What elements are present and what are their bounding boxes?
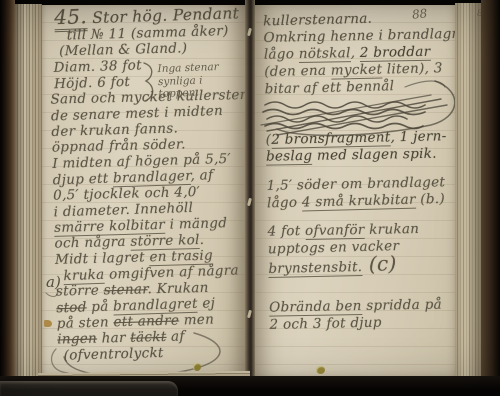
handwriting-segment: kullerstenarna. bbox=[263, 11, 372, 30]
handwriting-segment: i mängd bbox=[165, 215, 228, 233]
stitch-thread bbox=[247, 310, 252, 318]
handwriting-segment: (b.) bbox=[416, 191, 446, 208]
handwriting-segment: med slagen spik. bbox=[312, 146, 437, 164]
handwriting-segment: på sten bbox=[57, 314, 114, 332]
stitch-thread bbox=[247, 28, 252, 36]
handwriting-segment: Obrända ben bbox=[269, 298, 362, 317]
right-page-handwriting: kullerstenarna.Omkring henne i brandlagr… bbox=[263, 9, 460, 334]
margin-annotation-a: a) bbox=[46, 273, 61, 291]
handwriting-segment: 2 broddar bbox=[360, 44, 431, 62]
handwriting-segment: har bbox=[97, 330, 131, 347]
left-page-edges bbox=[15, 4, 42, 384]
handwriting-segment: , 1 jern- bbox=[390, 128, 446, 145]
handwriting-segment: brandlagret bbox=[113, 296, 198, 316]
handwriting-segment: (Mellan & Gland.) bbox=[59, 40, 188, 59]
foxing-spot bbox=[316, 366, 325, 374]
handwriting-segment: , af bbox=[190, 167, 213, 184]
notebook-photo: 45. Stor hög. Pendanttill № 11 (samma åk… bbox=[0, 0, 500, 396]
handwriting-segment: (den ena bbox=[264, 63, 331, 80]
handwriting-segment: stod bbox=[56, 299, 87, 316]
handwriting-segment: spridda på bbox=[362, 297, 443, 314]
handwriting-line: lågo 4 små krukbitar (b.) bbox=[267, 191, 457, 213]
foxing-spot bbox=[193, 363, 201, 371]
handwriting-segment: (ofventrolyckt bbox=[63, 345, 163, 364]
handwriting-segment: stenar bbox=[103, 281, 147, 298]
handwriting-line: lågo nötskal, 2 broddar bbox=[264, 43, 454, 63]
handwriting-segment: . bbox=[199, 232, 204, 248]
handwriting-segment: ( bbox=[265, 132, 271, 148]
measure-note-line: Inga stenar bbox=[157, 61, 218, 76]
handwriting-segment: nötskal bbox=[299, 45, 351, 63]
handwriting-segment: lågo bbox=[267, 194, 302, 211]
handwriting-segment: beslag bbox=[266, 148, 313, 166]
handwriting-segment: 2 och 3 fot djup bbox=[269, 315, 382, 333]
binding-gutter bbox=[245, 0, 255, 396]
handwriting-segment: ej bbox=[197, 295, 215, 312]
handwriting-line: beslag med slagen spik. bbox=[266, 145, 456, 165]
handwriting-segment: på bbox=[86, 298, 113, 315]
handwriting-segment: större bbox=[56, 282, 104, 299]
handwriting-segment: öppnad från söder. bbox=[52, 136, 186, 155]
right-page-edges bbox=[455, 3, 481, 388]
handwriting-segment: af bbox=[166, 328, 185, 344]
measure-side-note: Inga stenar synliga i toppen. bbox=[157, 61, 219, 101]
handwriting-segment: 45. bbox=[54, 4, 88, 32]
handwriting-segment: mycket bbox=[331, 62, 383, 80]
left-page-handwriting: 45. Stor hög. Pendanttill № 11 (samma åk… bbox=[48, 4, 253, 364]
handwriting-segment: ofvanför bbox=[305, 222, 365, 240]
handwriting-segment: brynstensbit. bbox=[268, 259, 362, 278]
measure-note-line: toppen. bbox=[158, 86, 219, 101]
left-page: 45. Stor hög. Pendanttill № 11 (samma åk… bbox=[42, 5, 245, 376]
handwriting-segment: , bbox=[350, 45, 359, 61]
handwriting-segment: 4 små krukbitar bbox=[302, 192, 416, 212]
right-page: 88 kullerstenarna.Omkring henne i brandl… bbox=[255, 5, 455, 376]
handwriting-segment: större kol bbox=[130, 232, 200, 251]
stitch-thread bbox=[247, 198, 252, 206]
cover-corner bbox=[0, 381, 178, 396]
handwriting-line: Obrända ben spridda på bbox=[269, 296, 459, 316]
foxing-spot bbox=[44, 320, 52, 327]
handwriting-segment: upptogs en vacker bbox=[268, 238, 400, 257]
handwriting-segment bbox=[265, 115, 270, 131]
handwriting-segment: och några bbox=[54, 234, 130, 252]
handwriting-segment: täckt bbox=[130, 329, 167, 346]
handwriting-segment: ingen bbox=[57, 331, 97, 348]
handwriting-segment: liten), 3 bbox=[382, 60, 443, 77]
back-cover-edge bbox=[481, 0, 500, 396]
handwriting-segment: krukan bbox=[364, 221, 419, 238]
handwriting-segment: lågo bbox=[264, 46, 299, 63]
handwriting-segment: men bbox=[179, 311, 214, 328]
book-spine bbox=[0, 0, 15, 396]
handwriting-segment bbox=[265, 98, 270, 114]
handwriting-segment: 4 fot bbox=[267, 223, 305, 240]
handwriting-segment: bitar af ett bennål bbox=[264, 78, 394, 97]
